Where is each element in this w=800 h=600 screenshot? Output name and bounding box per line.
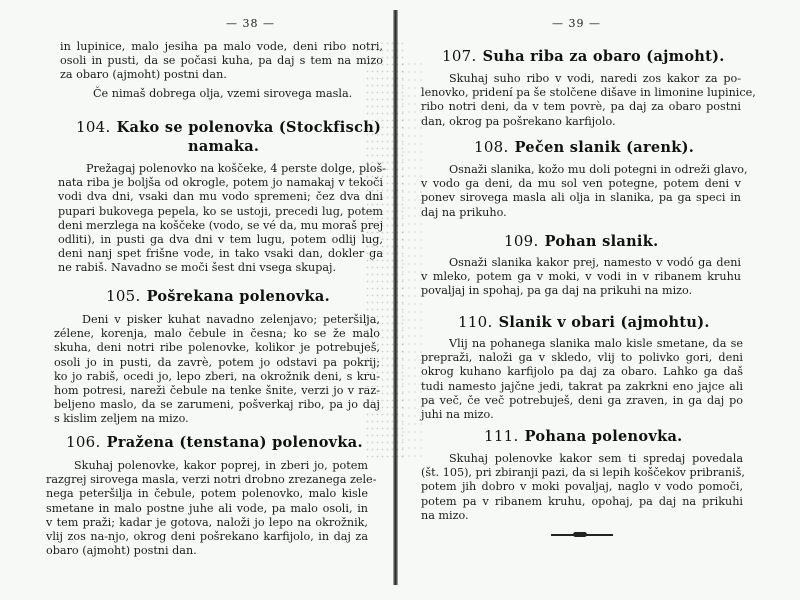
text-line: potem jih dobro v moki povaljaj, naglo v… [421, 480, 743, 494]
text-line: ko jo rabiš, ocedi jo, lepo zberi, na ok… [54, 370, 380, 384]
text-line: dan, okrog pa pošrekano karfijolo. [421, 115, 741, 129]
text-line: skuha, deni notri ribe polenovke, koliko… [54, 341, 380, 355]
recipe-title: Pošrekana polenovka. [147, 288, 330, 305]
recipe-body-104: Prežagaj polenovko na koščeke, 4 perste … [58, 162, 383, 276]
recipe-number: 109. [504, 232, 539, 250]
note-text: Če nimaš dobrega olja, vzemi sirovega ma… [93, 87, 383, 101]
text-line: smetane in malo postne juhe ali vode, pa… [46, 502, 368, 516]
recipe-number: 111. [484, 427, 519, 445]
recipe-number: 104. [76, 118, 111, 136]
recipe-heading-105: 105.Pošrekana polenovka. [106, 287, 330, 305]
text-line: okrog kuhano karfijolo pa daj za obaro. … [421, 365, 743, 379]
text-line: tudi namesto jajčne jedi, takrat pa zakr… [421, 380, 743, 394]
recipe-body-109: Osnaži slanika kakor prej, namesto v vod… [421, 256, 741, 299]
right-page: — 39 — 107.Suha riba za obaro (ajmoht). … [400, 0, 800, 600]
recipe-title: Pohana polenovka. [525, 428, 683, 445]
text-line: ne rabiš. Navadno se moči šest dni vsega… [58, 261, 383, 275]
text-line: vodi dva dni, vsaki dan mu vodo spremeni… [58, 190, 383, 204]
text-line: v vodo ga deni, da mu sol ven potegne, p… [421, 177, 741, 191]
recipe-title: Pražena (tenstana) polenovka. [107, 434, 363, 451]
page-number-left: — 38 — [226, 17, 275, 30]
text-line: nata riba je boljša od okrogle, potem jo… [58, 176, 383, 190]
text-line: Osnaži slanika kakor prej, namesto v vod… [421, 256, 741, 270]
text-line: v mleko, potem ga v moki, v vodi in v ri… [421, 270, 741, 284]
recipe-body-108: Osnaži slanika, kožo mu doli potegni in … [421, 163, 741, 220]
text-line: s kislim zeljem na mizo. [54, 412, 380, 426]
end-ornament-rule [551, 534, 613, 536]
recipe-number: 110. [458, 313, 493, 331]
book-spread: — 38 — in lupinice, malo jesiha pa malo … [0, 0, 800, 600]
text-line: obaro (ajmoht) postni dan. [46, 544, 368, 558]
text-line: osoli jo in pusti, da zavrè, potem jo od… [54, 356, 380, 370]
text-line: Osnaži slanika, kožo mu doli potegni in … [421, 163, 741, 177]
recipe-title: Pohan slanik. [545, 233, 659, 250]
recipe-heading-107: 107.Suha riba za obaro (ajmoht). [442, 47, 725, 65]
continuation-text: in lupinice, malo jesiha pa malo vode, d… [60, 40, 383, 83]
recipe-number: 106. [66, 433, 101, 451]
recipe-body-106: Skuhaj polenovke, kakor poprej, in zberi… [46, 459, 368, 558]
recipe-heading-106: 106.Pražena (tenstana) polenovka. [66, 433, 363, 451]
recipe-title: namaka. [188, 138, 259, 155]
page-number-right: — 39 — [552, 17, 601, 30]
text-line: osoli in pusti, da se počasi kuha, pa da… [60, 54, 383, 68]
text-line: vlij zos na-njo, okrog deni pošrekano ka… [46, 530, 368, 544]
recipe-heading-104: 104.Kako se polenovka (Stockfisch) [76, 118, 381, 136]
text-line: zélene, korenja, malo čebule in česna; k… [54, 327, 380, 341]
text-line: pa več, če več potrebuješ, deni ga zrave… [421, 394, 743, 408]
text-line: deni nanj spet frišne vode, in tako vsak… [58, 247, 383, 261]
text-line: pupari bukovega pepela, ko se ustoji, pr… [58, 205, 383, 219]
text-line: Skuhaj polenovke kakor sem ti spredaj po… [421, 452, 743, 466]
recipe-body-111: Skuhaj polenovke kakor sem ti spredaj po… [421, 452, 743, 523]
text-line: Če nimaš dobrega olja, vzemi sirovega ma… [93, 87, 383, 101]
recipe-title: Slanik v obari (ajmohtu). [499, 314, 710, 331]
recipe-body-107: Skuhaj suho ribo v vodi, naredi zos kako… [421, 72, 741, 129]
text-line: odliti), in pusti ga dva dni v tem lugu,… [58, 233, 383, 247]
recipe-number: 108. [474, 138, 509, 156]
recipe-body-105: Deni v pisker kuhat navadno zelenjavo; p… [54, 313, 380, 427]
text-line: (št. 105), pri zbiranji pazi, da si lepi… [421, 466, 743, 480]
recipe-heading-110: 110.Slanik v obari (ajmohtu). [458, 313, 710, 331]
text-line: na mizo. [421, 509, 743, 523]
text-line: v tem praži; kadar je gotova, naloži jo … [46, 516, 368, 530]
recipe-title: Suha riba za obaro (ajmoht). [483, 48, 725, 65]
text-line: ponev sirovega masla ali olja in slanika… [421, 191, 741, 205]
text-line: ribo notri deni, da v tem povrè, pa daj … [421, 100, 741, 114]
text-line: beljeno maslo, da se zarumeni, pošverkaj… [54, 398, 380, 412]
recipe-heading-104-cont: namaka. [188, 138, 259, 155]
recipe-title: Kako se polenovka (Stockfisch) [117, 119, 382, 136]
recipe-number: 105. [106, 287, 141, 305]
left-page: — 38 — in lupinice, malo jesiha pa malo … [0, 0, 395, 600]
recipe-heading-111: 111.Pohana polenovka. [484, 427, 683, 445]
text-line: lenovko, pridení pa še stolčene dišave i… [421, 86, 741, 100]
text-line: potem pa v ribanem kruhu, opohaj, pa daj… [421, 495, 743, 509]
recipe-number: 107. [442, 47, 477, 65]
text-line: Prežagaj polenovko na koščeke, 4 perste … [58, 162, 383, 176]
text-line: povaljaj in spohaj, pa ga daj na prikuhi… [421, 284, 741, 298]
text-line: juhi na mizo. [421, 408, 743, 422]
text-line: razgrej sirovega masla, verzi notri drob… [46, 473, 368, 487]
text-line: hom potresi, nareži čebule na tenke šnit… [54, 384, 380, 398]
text-line: Skuhaj polenovke, kakor poprej, in zberi… [46, 459, 368, 473]
text-line: prepraži, naloži ga v skledo, vlij to po… [421, 351, 743, 365]
text-line: daj na prikuho. [421, 206, 741, 220]
recipe-heading-109: 109.Pohan slanik. [504, 232, 658, 250]
text-line: za obaro (ajmoht) postni dan. [60, 68, 383, 82]
text-line: nega peteršilja in čebule, potem polenov… [46, 487, 368, 501]
recipe-title: Pečen slanik (arenk). [515, 139, 695, 156]
text-line: deni merzlega na koščeke (vodo, se vé da… [58, 219, 383, 233]
recipe-body-110: Vlij na pohanega slanika malo kisle smet… [421, 337, 743, 422]
recipe-heading-108: 108.Pečen slanik (arenk). [474, 138, 694, 156]
text-line: in lupinice, malo jesiha pa malo vode, d… [60, 40, 383, 54]
text-line: Skuhaj suho ribo v vodi, naredi zos kako… [421, 72, 741, 86]
text-line: Deni v pisker kuhat navadno zelenjavo; p… [54, 313, 380, 327]
text-line: Vlij na pohanega slanika malo kisle smet… [421, 337, 743, 351]
